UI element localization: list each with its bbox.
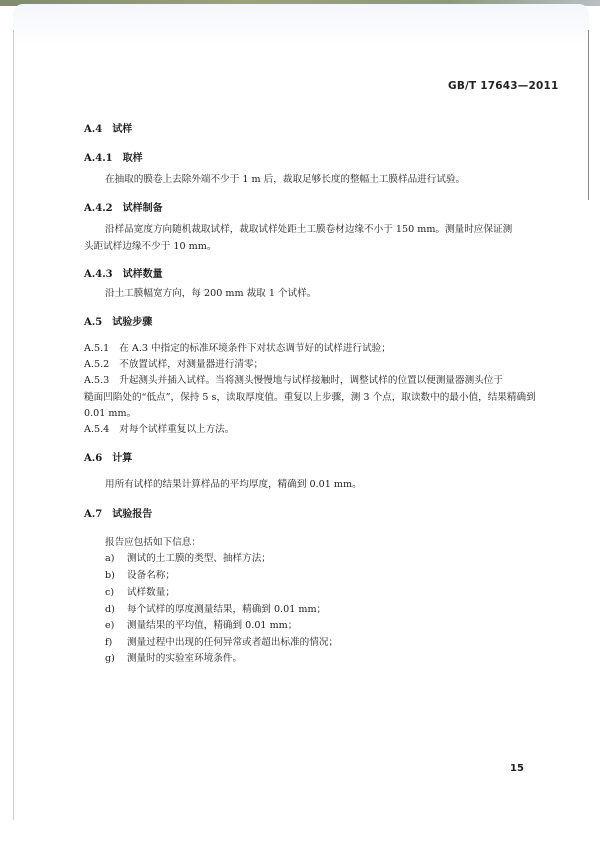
heading-a5: A.5试验步骤 bbox=[84, 313, 152, 328]
paragraph-a4-2-line2: 头距试样边缘不少于 10 mm。 bbox=[84, 238, 216, 255]
step-number: A.5.3 bbox=[84, 375, 109, 386]
step-a5-3: A.5.3升起测头并插入试样。当将测头慢慢地与试样接触时，调整试样的位置以便测量… bbox=[84, 372, 503, 389]
paragraph-a4-2-line1: 沿样品宽度方向随机裁取试样，裁取试样处距土工膜卷材边缘不小于 150 mm。测量… bbox=[105, 221, 512, 238]
step-a5-3-cont2: 0.01 mm。 bbox=[84, 405, 136, 422]
step-a5-4: A.5.4对每个试样重复以上方法。 bbox=[84, 421, 234, 438]
step-a5-3-cont1: 糙面凹陷处的“低点”，保持 5 s，读取厚度值。重复以上步骤，测 3 个点，取读… bbox=[84, 389, 536, 406]
step-number: A.5.4 bbox=[84, 424, 109, 435]
report-item-f: f)测量过程中出现的任何异常或者超出标准的情况； bbox=[105, 634, 338, 651]
item-label: g) bbox=[105, 650, 127, 667]
heading-a4: A.4试样 bbox=[84, 120, 132, 135]
section-number: A.4.1 bbox=[84, 153, 113, 164]
item-label: b) bbox=[105, 567, 127, 584]
report-item-d: d)每个试样的厚度测量结果，精确到 0.01 mm； bbox=[105, 601, 326, 618]
heading-a4-3: A.4.3试样数量 bbox=[84, 265, 163, 280]
item-text: 测量时的实验室环境条件。 bbox=[127, 653, 242, 664]
step-a5-1: A.5.1在 A.3 中指定的标准环境条件下对状态调节好的试样进行试验； bbox=[84, 340, 391, 357]
section-title: 计算 bbox=[112, 453, 132, 464]
step-number: A.5.1 bbox=[84, 343, 109, 354]
section-title: 试验报告 bbox=[112, 509, 152, 520]
heading-a6: A.6计算 bbox=[84, 449, 132, 464]
section-title: 试验步骤 bbox=[112, 317, 152, 328]
report-intro: 报告应包括如下信息： bbox=[105, 534, 201, 551]
page-left-edge bbox=[13, 30, 14, 820]
report-item-g: g)测量时的实验室环境条件。 bbox=[105, 650, 242, 667]
step-text: 在 A.3 中指定的标准环境条件下对状态调节好的试样进行试验； bbox=[119, 343, 391, 354]
item-text: 测试的土工膜的类型、抽样方法； bbox=[127, 553, 271, 564]
item-text: 测量过程中出现的任何异常或者超出标准的情况； bbox=[127, 637, 338, 648]
section-title: 取样 bbox=[123, 153, 143, 164]
page-right-edge bbox=[588, 30, 589, 200]
step-number: A.5.2 bbox=[84, 359, 109, 370]
step-text: 升起测头并插入试样。当将测头慢慢地与试样接触时，调整试样的位置以便测量器测头位于 bbox=[119, 375, 503, 386]
page-number: 15 bbox=[510, 763, 524, 774]
item-text: 每个试样的厚度测量结果，精确到 0.01 mm； bbox=[127, 604, 326, 615]
item-label: f) bbox=[105, 634, 127, 651]
report-item-b: b)设备名称； bbox=[105, 567, 175, 584]
item-label: d) bbox=[105, 601, 127, 618]
paragraph-a4-1: 在抽取的膜卷上去除外端不少于 1 m 后，裁取足够长度的整幅土工膜样品进行试验。 bbox=[105, 171, 465, 188]
section-title: 试样数量 bbox=[123, 269, 163, 280]
item-label: a) bbox=[105, 550, 127, 567]
heading-a4-2: A.4.2试样制备 bbox=[84, 199, 163, 214]
report-item-c: c)试样数量； bbox=[105, 584, 175, 601]
item-label: e) bbox=[105, 617, 127, 634]
section-number: A.5 bbox=[84, 317, 102, 328]
heading-a4-1: A.4.1取样 bbox=[84, 149, 143, 164]
report-item-e: e)测量结果的平均值，精确到 0.01 mm； bbox=[105, 617, 297, 634]
item-label: c) bbox=[105, 584, 127, 601]
section-number: A.7 bbox=[84, 509, 102, 520]
step-a5-2: A.5.2不放置试样，对测量器进行清零； bbox=[84, 356, 263, 373]
item-text: 测量结果的平均值，精确到 0.01 mm； bbox=[127, 620, 297, 631]
standard-code: GB/T 17643—2011 bbox=[448, 80, 559, 92]
section-number: A.6 bbox=[84, 453, 102, 464]
section-number: A.4 bbox=[84, 124, 102, 135]
heading-a7: A.7试验报告 bbox=[84, 505, 152, 520]
section-title: 试样 bbox=[112, 124, 132, 135]
paragraph-a4-3: 沿土工膜幅宽方向，每 200 mm 裁取 1 个试样。 bbox=[105, 285, 316, 302]
section-number: A.4.2 bbox=[84, 203, 113, 214]
report-item-a: a)测试的土工膜的类型、抽样方法； bbox=[105, 550, 271, 567]
section-number: A.4.3 bbox=[84, 269, 113, 280]
section-title: 试样制备 bbox=[123, 203, 163, 214]
item-text: 试样数量； bbox=[127, 587, 175, 598]
step-text: 不放置试样，对测量器进行清零； bbox=[119, 359, 263, 370]
paragraph-a6: 用所有试样的结果计算样品的平均厚度，精确到 0.01 mm。 bbox=[105, 476, 362, 493]
step-text: 对每个试样重复以上方法。 bbox=[119, 424, 234, 435]
item-text: 设备名称； bbox=[127, 570, 175, 581]
